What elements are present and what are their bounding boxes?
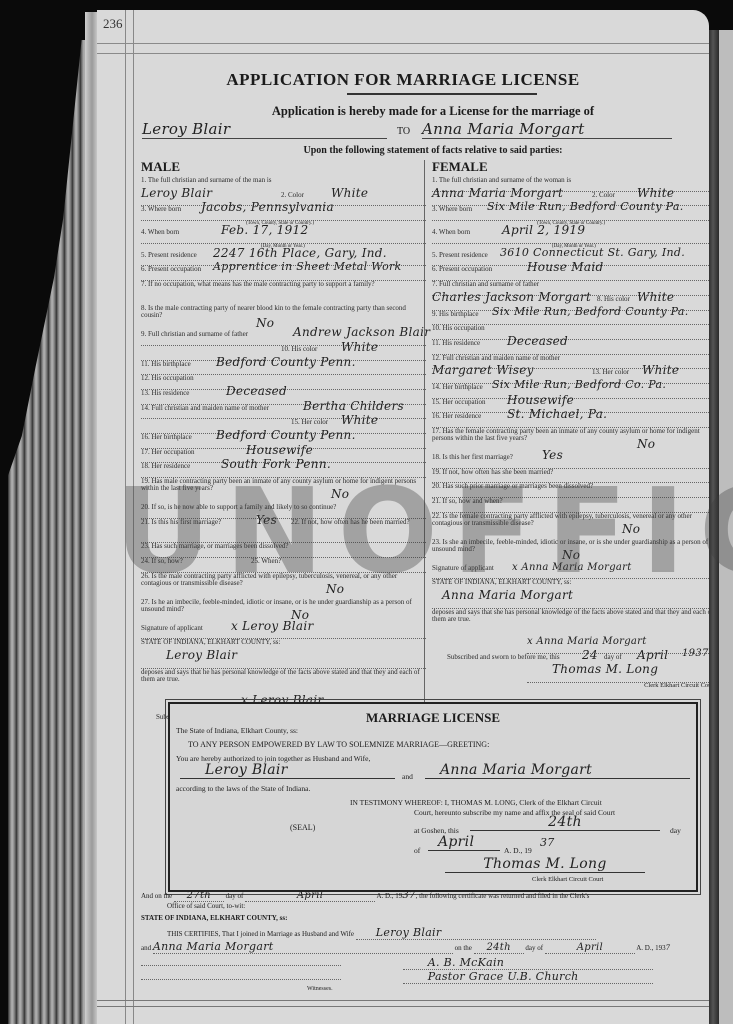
license-ad: A. D., 19: [504, 846, 532, 855]
cert-state-line: STATE OF INDIANA, ELKHART COUNTY, ss:: [141, 914, 701, 922]
male-asylum-answer: No: [331, 488, 349, 500]
male-section: MALE 1. The full christian and surname o…: [141, 160, 426, 749]
groom-name: Leroy Blair: [142, 120, 387, 139]
office-line: Office of said Court, to-wit:: [167, 902, 709, 910]
cert-bride-row: and Anna Maria Morgart on the 24th day o…: [141, 940, 701, 954]
license-day-label: day: [670, 826, 681, 835]
female-section: FEMALE 1. The full christian and surname…: [432, 160, 709, 689]
return-year: 37: [402, 890, 415, 901]
male-q6: 6. Present occupationApprentice in Sheet…: [141, 266, 426, 281]
female-q6: 6. Present occupationHouse Maid: [432, 266, 709, 281]
female-clerk-title: Clerk Elkhart Circuit Court.: [432, 683, 709, 690]
license-testimony-1: IN TESTIMONY WHEREOF: I, THOMAS M. LONG,…: [350, 798, 602, 807]
certifies-row: THIS CERTIFIES, That I joined in Marriag…: [167, 926, 709, 940]
female-deposes: deposes and says that she has personal k…: [432, 609, 709, 639]
father-color: White: [341, 341, 378, 353]
female-sworn-month: April: [637, 649, 668, 661]
witnesses-label: Witnesses.: [307, 986, 709, 992]
license-clerk-signature: Thomas M. Long: [445, 856, 645, 873]
license-month: April: [428, 834, 500, 851]
female-mother-birthplace: Six Mile Run, Bedford Co. Pa.: [492, 379, 666, 390]
female-occupation: House Maid: [527, 261, 603, 273]
female-guardianship-answer: No: [562, 549, 580, 561]
female-q20: 20. Has such prior marriage or marriages…: [432, 483, 709, 498]
female-signature-row: Signature of applicantx Anna Maria Morga…: [432, 565, 709, 580]
female-q16: 16. Her residenceSt. Michael, Pa.: [432, 413, 709, 428]
marriage-license-box: MARRIAGE LICENSE The State of Indiana, E…: [168, 702, 698, 892]
cert-groom: Leroy Blair: [356, 926, 596, 940]
female-name: Anna Maria Morgart: [432, 187, 563, 199]
officiant-title-row: Pastor Grace U.B. Church: [141, 970, 701, 984]
cert-marriage-year: 7: [666, 944, 671, 952]
male-q3: 3. Where bornJacobs, Pennsylvania: [141, 206, 426, 221]
female-mother-color: White: [642, 364, 679, 376]
license-year: 37: [540, 836, 555, 849]
female-deponent-signature: x Anna Maria Morgart: [527, 637, 647, 647]
license-of: of: [414, 846, 420, 855]
male-q26: 26. Is the male contracting party afflic…: [141, 573, 426, 599]
header-rule: [97, 43, 709, 44]
cert-marriage-day: 24th: [474, 942, 524, 954]
male-first-marriage: Yes: [256, 514, 277, 526]
return-day: 27th: [174, 890, 224, 902]
female-q21: 21. If so, how and when?: [432, 498, 709, 513]
license-groom: Leroy Blair: [180, 762, 395, 779]
witness-line-1: [141, 965, 341, 966]
officiant-row: A. B. McKain: [141, 956, 701, 970]
female-first-marriage: Yes: [542, 449, 563, 461]
license-clerk-title: Clerk Elkhart Circuit Court: [532, 876, 603, 883]
male-q14: 14. Full christian and maiden name of mo…: [141, 405, 426, 420]
female-birthdate: April 2, 1919: [502, 224, 585, 236]
female-sworn-day: 24: [582, 649, 598, 661]
male-signature-row: Signature of applicantx Leroy Blair: [141, 625, 426, 640]
male-deponent: Leroy Blair: [166, 649, 237, 661]
officiant-name: A. B. McKain: [403, 956, 653, 970]
license-title: MARRIAGE LICENSE: [170, 710, 696, 726]
license-day: 24th: [470, 814, 660, 831]
mother-name: Bertha Childers: [303, 400, 404, 412]
female-q18: 18. Is this her first marriage?Yes: [432, 454, 709, 469]
return-month: April: [245, 890, 375, 902]
female-q11: 11. His residenceDeceased: [432, 340, 709, 355]
male-q19: 19. Has male contracting party been an i…: [141, 478, 426, 504]
cert-bride: Anna Maria Morgart: [153, 940, 453, 954]
male-q9: 9. Full christian and surname of fatherA…: [141, 331, 426, 346]
female-mother-residence: St. Michael, Pa.: [507, 408, 607, 420]
license-state-line: The State of Indiana, Elkhart County, ss…: [176, 726, 298, 735]
female-q10: 10. His occupation: [432, 325, 709, 340]
license-laws: according to the laws of the State of In…: [176, 784, 310, 793]
statement-line: Upon the following statement of facts re…: [97, 145, 709, 156]
female-residence: 3610 Connecticut St. Gary, Ind.: [500, 247, 685, 258]
male-q20: 20. If so, is he now able to support a f…: [141, 504, 426, 519]
female-disease-answer: No: [622, 523, 640, 535]
license-and: and: [402, 772, 413, 781]
parties-names-row: Leroy Blair TO Anna Maria Morgart: [142, 120, 689, 144]
female-signature: x Anna Maria Morgart: [512, 563, 632, 573]
margin-line: [125, 10, 126, 1024]
male-heading: MALE: [141, 160, 426, 173]
male-occupation: Apprentice in Sheet Metal Work: [213, 261, 402, 272]
female-father-birthplace: Six Mile Run, Bedford County Pa.: [492, 306, 689, 317]
female-asylum-answer: No: [637, 438, 655, 450]
male-name: Leroy Blair: [141, 187, 212, 199]
female-clerk-row: Thomas M. Long: [527, 668, 709, 683]
female-sworn-year: 1937: [682, 649, 709, 659]
father-residence: Deceased: [226, 385, 287, 397]
footer-rule: [97, 1000, 709, 1001]
female-color: White: [637, 187, 674, 199]
female-q3: 3. Where bornSix Mile Run, Bedford Count…: [432, 206, 709, 221]
header-rule: [97, 53, 709, 54]
to-label: TO: [397, 126, 410, 137]
male-deponent-row: Leroy Blair: [141, 654, 426, 669]
male-birthdate: Feb. 17, 1912: [221, 224, 308, 236]
female-q19: 19. If not, how often has she been marri…: [432, 469, 709, 484]
ledger-page: 236 APPLICATION FOR MARRIAGE LICENSE App…: [97, 10, 709, 1024]
license-bride: Anna Maria Morgart: [425, 762, 690, 779]
cert-marriage-month: April: [545, 942, 635, 954]
male-q24-q25: 24. If so, how?25. When?: [141, 558, 426, 573]
male-q18: 18. Her residenceSouth Fork Penn.: [141, 463, 426, 478]
title-underline: [347, 93, 537, 95]
female-q17: 17. Has the female contracting party bee…: [432, 428, 709, 454]
female-father-color: White: [637, 291, 674, 303]
female-father-residence: Deceased: [507, 335, 568, 347]
male-blood-kin: No: [256, 317, 274, 329]
mother-color: White: [341, 414, 378, 426]
male-birthplace: Jacobs, Pennsylvania: [201, 201, 334, 213]
witness-line-2: [141, 979, 341, 980]
male-q7: 7. If no occupation, what means has the …: [141, 281, 426, 305]
male-q21-q22: 21. Is this his first marriage?Yes22. If…: [141, 519, 426, 534]
male-residence: 2247 16th Place, Gary, Ind.: [213, 247, 387, 259]
mother-occupation: Housewife: [246, 444, 313, 456]
male-color: White: [331, 187, 368, 199]
margin-line: [133, 10, 134, 1024]
male-q4: 4. When bornFeb. 17, 1912: [141, 229, 426, 244]
female-q4: 4. When bornApril 2, 1919: [432, 229, 709, 244]
male-q23: 23. Has such marriage, or marriages been…: [141, 543, 426, 558]
footer-rule: [97, 1006, 709, 1007]
female-mother-occupation: Housewife: [507, 394, 574, 406]
female-birthplace: Six Mile Run, Bedford County Pa.: [487, 201, 684, 212]
officiant-title: Pastor Grace U.B. Church: [403, 970, 653, 984]
female-clerk-signature: Thomas M. Long: [552, 663, 658, 675]
application-subtitle: Application is hereby made for a License…: [97, 104, 709, 119]
female-q23: 23. Is she an imbecile, feeble-minded, i…: [432, 539, 709, 565]
license-greeting: TO ANY PERSON EMPOWERED BY LAW TO SOLEMN…: [188, 740, 489, 749]
mother-birthplace: Bedford County Penn.: [216, 429, 356, 441]
female-father-name: Charles Jackson Morgart: [432, 291, 591, 303]
page-number: 236: [103, 16, 123, 32]
return-row: And on the 27th day of April A. D., 1937…: [141, 890, 701, 902]
female-q9: 9. His birthplaceSix Mile Run, Bedford C…: [432, 311, 709, 326]
mother-residence: South Fork Penn.: [221, 458, 331, 470]
male-signature: x Leroy Blair: [231, 620, 314, 632]
female-q22: 22. Is the female contracting party affl…: [432, 513, 709, 539]
bride-name: Anna Maria Morgart: [422, 120, 672, 139]
next-page-edge: [719, 30, 733, 1024]
female-deponent: Anna Maria Morgart: [442, 589, 573, 601]
license-seal: (SEAL): [290, 823, 315, 832]
father-name: Andrew Jackson Blair: [293, 326, 430, 338]
female-mother-name: Margaret Wisey: [432, 364, 534, 376]
female-deponent-row: Anna Maria Morgart: [432, 594, 709, 609]
female-heading: FEMALE: [432, 160, 709, 173]
father-birthplace: Bedford County Penn.: [216, 356, 356, 368]
male-q11: 11. His birthplaceBedford County Penn.: [141, 361, 426, 376]
male-disease-answer: No: [326, 583, 344, 595]
application-title: APPLICATION FOR MARRIAGE LICENSE: [97, 70, 709, 90]
